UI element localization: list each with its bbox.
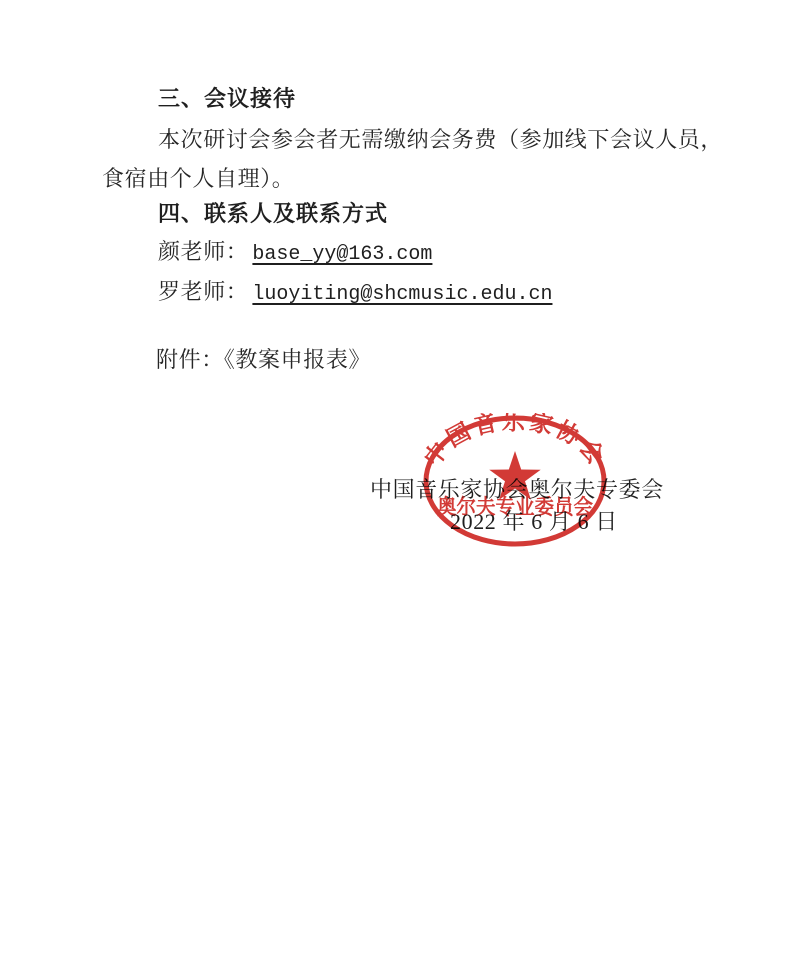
attachment-line: 附件：《教案申报表》 bbox=[156, 343, 371, 374]
official-stamp: 中国音乐家协会 奥尔夫专业委员会 bbox=[421, 413, 609, 549]
reception-body-line2: 食宿由个人自理）。 bbox=[102, 162, 294, 193]
contact-name-yan: 颜老师： bbox=[158, 239, 248, 264]
document-page: 三、会议接待 本次研讨会参会者无需缴纳会务费（参加线下会议人员， 食宿由个人自理… bbox=[0, 0, 799, 964]
attachment-title: 《教案申报表》 bbox=[224, 347, 371, 372]
section-reception-heading: 三、会议接待 bbox=[158, 82, 296, 113]
contact-line-yan: 颜老师：base_yy@163.com bbox=[158, 235, 432, 266]
contact-email-yan[interactable]: base_yy@163.com bbox=[252, 243, 432, 266]
contact-name-luo: 罗老师： bbox=[158, 279, 248, 304]
section-contacts-heading: 四、联系人及联系方式 bbox=[158, 197, 388, 228]
stamp-bottom-text: 奥尔夫专业委员会 bbox=[437, 495, 593, 519]
red-star-icon bbox=[489, 451, 540, 500]
reception-body-line1: 本次研讨会参会者无需缴纳会务费（参加线下会议人员， bbox=[158, 123, 723, 154]
attachment-label: 附件： bbox=[156, 347, 224, 372]
contact-email-luo[interactable]: luoyiting@shcmusic.edu.cn bbox=[252, 283, 552, 306]
contact-line-luo: 罗老师：luoyiting@shcmusic.edu.cn bbox=[158, 275, 552, 306]
